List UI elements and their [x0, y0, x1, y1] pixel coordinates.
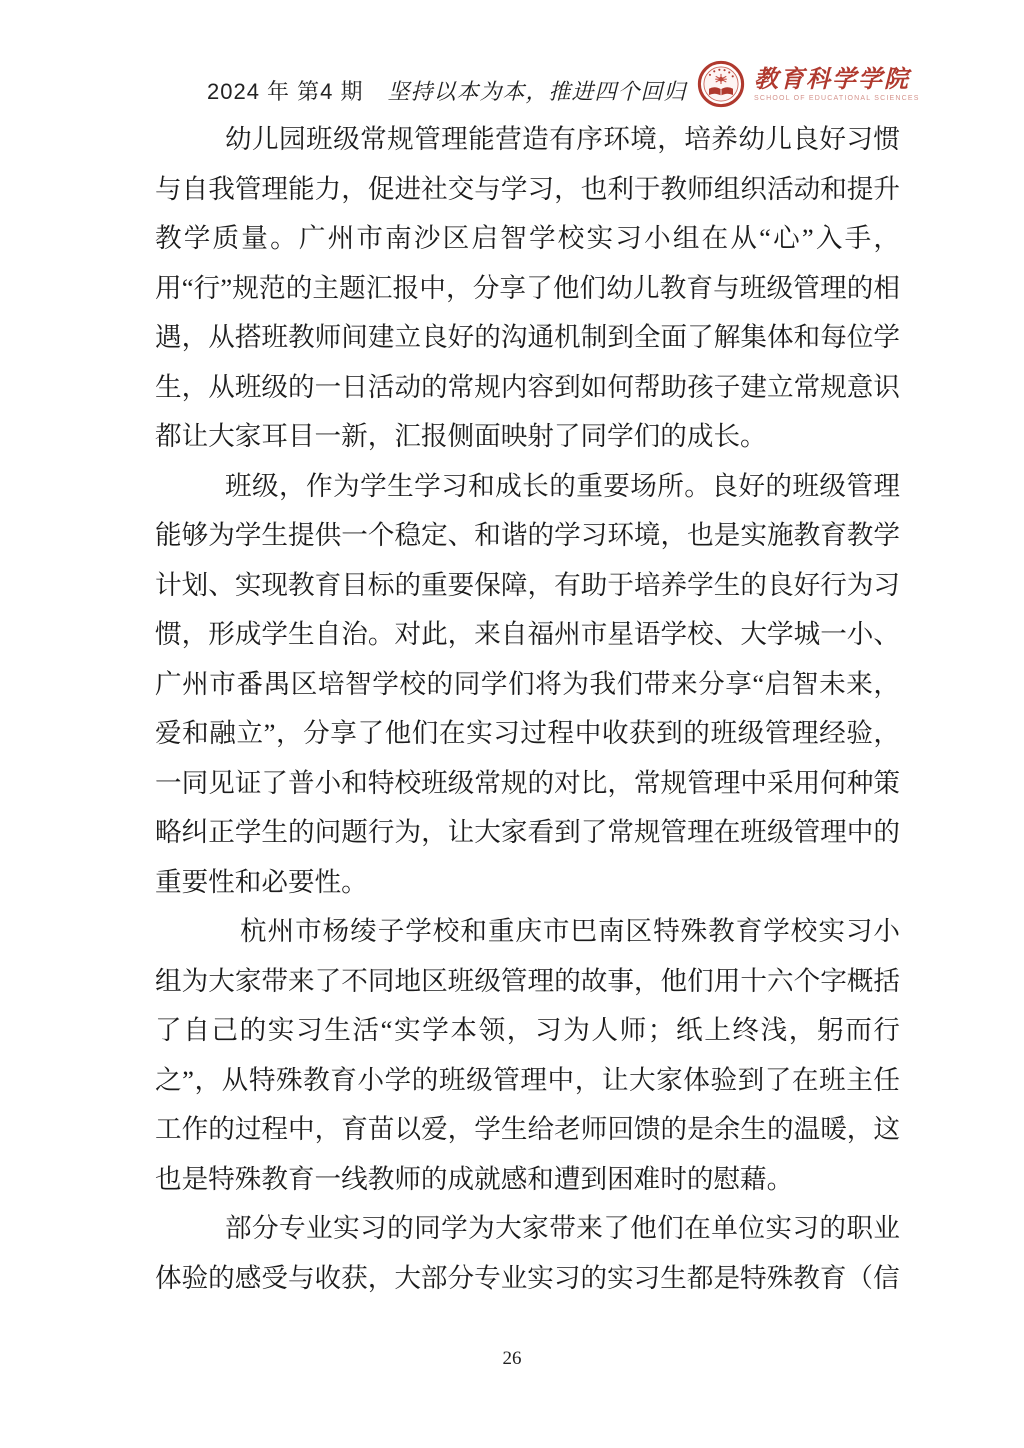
- body-paragraph: 部分专业实习的同学为大家带来了他们在单位实习的职业体验的感受与收获，大部分专业实…: [155, 1204, 900, 1303]
- article-body: 幼儿园班级常规管理能营造有序环境，培养幼儿良好习惯与自我管理能力，促进社交与学习…: [155, 115, 900, 1303]
- school-emblem-icon: [697, 60, 745, 108]
- page-header: 2024 年 第4 期坚持以本为本，推进四个回归: [0, 0, 1024, 118]
- school-logo: 教育科学学院 SCHOOL OF EDUCATIONAL SCIENCES: [697, 60, 920, 108]
- body-paragraph: 班级，作为学生学习和成长的重要场所。良好的班级管理能够为学生提供一个稳定、和谐的…: [155, 462, 900, 908]
- school-name-en: SCHOOL OF EDUCATIONAL SCIENCES: [754, 95, 920, 102]
- school-logo-text: 教育科学学院 SCHOOL OF EDUCATIONAL SCIENCES: [754, 67, 920, 102]
- document-page: 2024 年 第4 期坚持以本为本，推进四个回归: [0, 0, 1024, 1448]
- header-slogan: 坚持以本为本，推进四个回归: [388, 79, 687, 104]
- issue-info: 2024 年 第4 期: [207, 79, 364, 104]
- school-name-cn: 教育科学学院: [754, 67, 920, 93]
- page-number: 26: [0, 1348, 1024, 1370]
- body-paragraph: 幼儿园班级常规管理能营造有序环境，培养幼儿良好习惯与自我管理能力，促进社交与学习…: [155, 115, 900, 462]
- header-issue-line: 2024 年 第4 期坚持以本为本，推进四个回归: [207, 78, 687, 106]
- body-paragraph: 杭州市杨绫子学校和重庆市巴南区特殊教育学校实习小组为大家带来了不同地区班级管理的…: [155, 907, 900, 1204]
